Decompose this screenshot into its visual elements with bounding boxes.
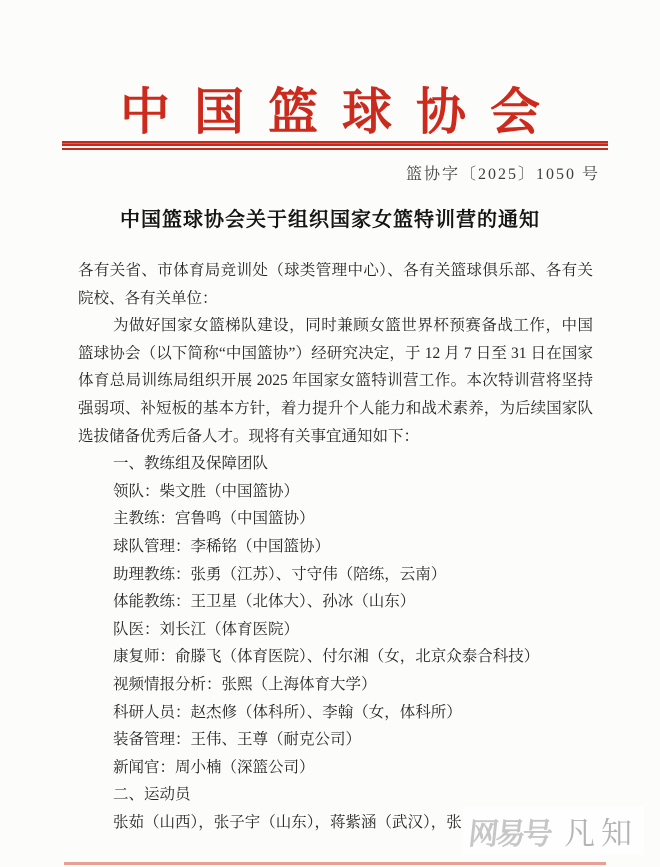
body-paragraph-leader: 领队：柴文胜（中国篮协） (78, 478, 593, 506)
body-paragraph-press-officer: 新闻官：周小楠（深篮公司） (78, 754, 593, 782)
bottom-red-line (64, 862, 606, 865)
body-section-heading-1: 一、教练组及保障团队 (78, 450, 593, 478)
body-paragraph-rehab-therapists: 康复师：俞滕飞（体育医院）、付尔湘（女，北京众泰合科技） (78, 643, 593, 671)
body-paragraph-assistant-coaches: 助理教练：张勇（江苏）、寸守伟（陪练，云南） (78, 561, 593, 589)
org-title: 中国篮球协会 (0, 72, 660, 144)
body-section-heading-2: 二、运动员 (78, 781, 593, 809)
document-page: 中国篮球协会 篮协字〔2025〕1050 号 中国篮球协会关于组织国家女篮特训营… (0, 0, 660, 867)
body-paragraph-research-staff: 科研人员：赵杰修（体科所）、李翰（女，体科所） (78, 699, 593, 727)
doc-title: 中国篮球协会关于组织国家女篮特训营的通知 (0, 203, 660, 232)
body-paragraph-athletes: 张茹（山西），张子宇（山东），蒋紫涵（武汉），张 (78, 809, 593, 837)
body-paragraph-equipment-managers: 装备管理：王伟、王尊（耐克公司） (78, 726, 593, 754)
doc-number: 篮协字〔2025〕1050 号 (406, 161, 600, 184)
body-paragraph-intro: 为做好国家女篮梯队建设，同时兼顾女篮世界杯预赛备战工作，中国篮球协会（以下简称“… (78, 312, 593, 450)
body-paragraph-fitness-coaches: 体能教练：王卫星（北体大）、孙冰（山东） (78, 588, 593, 616)
header-divider (62, 141, 608, 150)
document-body: 各有关省、市体育局竞训处（球类管理中心）、各有关篮球俱乐部、各有关院校、各有关单… (78, 257, 593, 836)
body-paragraph-team-doctor: 队医：刘长江（体育医院） (78, 616, 593, 644)
body-paragraph-salutation: 各有关省、市体育局竞训处（球类管理中心）、各有关篮球俱乐部、各有关院校、各有关单… (78, 257, 593, 312)
body-paragraph-team-manager: 球队管理：李稀铭（中国篮协） (78, 533, 593, 561)
body-paragraph-head-coach: 主教练：宫鲁鸣（中国篮协） (78, 505, 593, 533)
header-divider-thick-line (62, 141, 608, 146)
header-divider-thin-line (62, 148, 608, 150)
body-paragraph-video-analyst: 视频情报分析：张熙（上海体育大学） (78, 671, 593, 699)
